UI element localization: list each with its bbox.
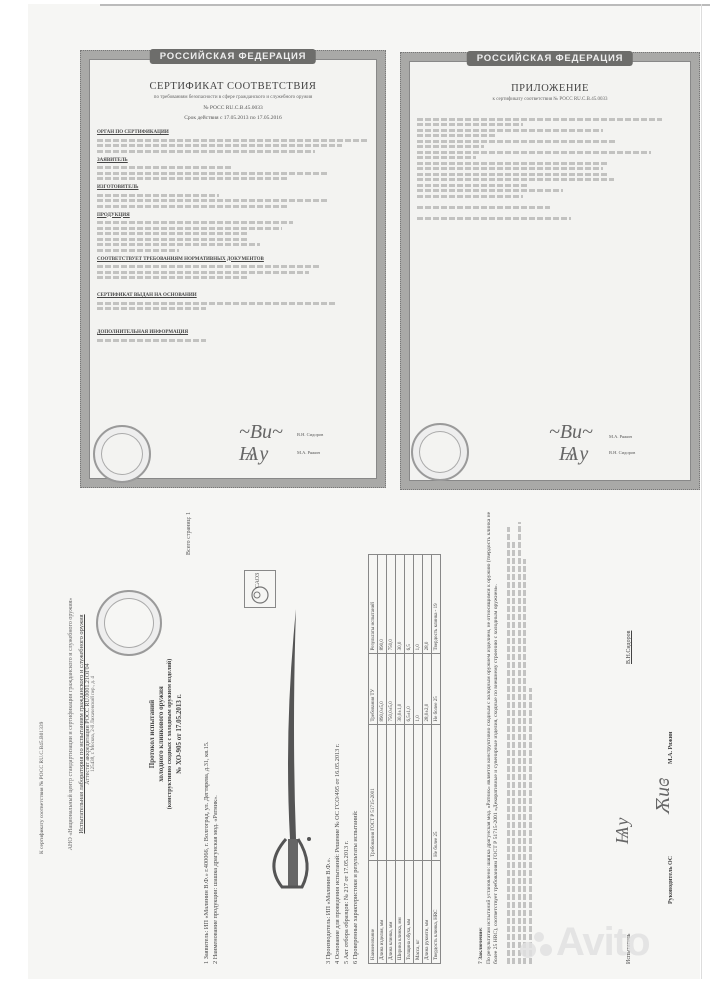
table-cell: 28,0 — [423, 555, 432, 654]
lab-name: Испытательная лаборатория по испытаниям … — [78, 514, 85, 934]
table-cell: 1,0 — [414, 555, 423, 654]
title-line: № ХО-905 от 17.05.2013 г. — [175, 604, 184, 864]
org-name: АНО «Национальный центр стандартизации и… — [68, 514, 74, 934]
section-heading: СООТВЕТСТВУЕТ ТРЕБОВАНИЯМ НОРМАТИВНЫХ ДО… — [97, 257, 369, 263]
certificate-subtitle: по требованиям безопасности в сфере граж… — [109, 95, 357, 101]
protocol-item: 3 Производитель: ИП «Малинин В.Ф.». — [324, 524, 333, 964]
signature-icon: ~Bu~ — [239, 421, 283, 444]
title-line: (конструктивно сходных с холодным оружие… — [166, 604, 175, 864]
certificate-of-conformity: РОССИЙСКАЯ ФЕДЕРАЦИЯ СЕРТИФИКАТ СООТВЕТС… — [80, 50, 386, 488]
table-row: Длина рукояти, мм28,0±2,028,0 — [423, 555, 432, 964]
table-cell: Твердость клинка - 19 — [432, 555, 441, 654]
protocol-item: 2 Наименование продукции: шашка драгунск… — [211, 524, 220, 964]
table-cell: 30,0 — [396, 555, 405, 654]
table-row: Масса, кг1,01,0 — [414, 555, 423, 964]
conclusion-text: По результатам испытаний установлено: ша… — [486, 504, 501, 964]
protocol-item: 4 Основание для проведения испытаний: Ре… — [333, 524, 342, 964]
protocol-items-2: 3 Производитель: ИП «Малинин В.Ф.». 4 Ос… — [324, 524, 360, 964]
table-cell: Твердость клинка, HRC — [432, 860, 441, 963]
signature-icon: Ѩу — [239, 443, 268, 466]
table-cell — [405, 725, 414, 860]
table-cell: 1,0 — [414, 654, 423, 725]
appendix-body — [409, 111, 691, 226]
logo-text: САОЗ — [255, 573, 261, 588]
section-heading: ИЗГОТОВИТЕЛЬ — [97, 185, 369, 191]
table-cell — [414, 725, 423, 860]
certificate-body: ОРГАН ПО СЕРТИФИКАЦИИ ЗАЯВИТЕЛЬ ИЗГОТОВИ… — [89, 121, 377, 348]
table-header: Результаты испытаний — [369, 555, 378, 654]
table-cell: 890,0±5,0 — [378, 654, 387, 725]
certificate-title: СЕРТИФИКАТ СООТВЕТСТВИЯ — [89, 81, 377, 92]
appendix-subtitle: к сертификату соответствия № РОСС RU.C.В… — [429, 97, 671, 103]
conclusion-title: 7 Заключение: — [478, 504, 486, 964]
table-cell: 750,0±5,0 — [387, 654, 396, 725]
table-cell: 890,0 — [378, 555, 387, 654]
signer-name: М.А. Ряжин — [297, 449, 320, 456]
certificate-appendix: РОССИЙСКАЯ ФЕДЕРАЦИЯ ПРИЛОЖЕНИЕ к сертиф… — [400, 52, 700, 490]
head-name: М.А. Ряжин — [668, 731, 674, 764]
section-heading: ЗАЯВИТЕЛЬ — [97, 158, 369, 164]
table-cell: Длина рукояти, мм — [423, 860, 432, 963]
table-cell: Не более 25 — [432, 725, 441, 860]
table-row: Толщина обуха, мм6,5±1,06,5 — [405, 555, 414, 964]
signer-name: М.А. Ряжин — [609, 433, 632, 440]
table-header: Требования ТУ — [369, 654, 378, 725]
signature-icon: ~Bu~ — [549, 421, 593, 444]
table-cell: Ширина клинка, мм — [396, 860, 405, 963]
protocol-item: 5 Акт отбора образцов: № 217 от 17.05.20… — [342, 524, 351, 964]
appendix-banner: РОССИЙСКАЯ ФЕДЕРАЦИЯ — [467, 51, 633, 66]
avito-watermark: Avito — [556, 920, 650, 965]
protocol-header: АНО «Национальный центр стандартизации и… — [44, 514, 96, 934]
head-label: Руководитель ОС — [668, 856, 674, 904]
section-heading: СЕРТИФИКАТ ВЫДАН НА ОСНОВАНИИ — [97, 293, 369, 299]
table-cell: Не более 25 — [432, 654, 441, 725]
table-cell: 28,0±2,0 — [423, 654, 432, 725]
scan-edge-right — [701, 4, 702, 979]
section-heading: ДОПОЛНИТЕЛЬНАЯ ИНФОРМАЦИЯ — [97, 330, 369, 336]
table-cell: Масса, кг — [414, 860, 423, 963]
section-heading: ПРОДУКЦИЯ — [97, 213, 369, 219]
table-cell — [396, 725, 405, 860]
signature-icon: Ѩy — [612, 818, 633, 844]
protocol-title: Протокол испытаний холодного клинкового … — [148, 604, 184, 864]
seal-stamp-icon — [93, 425, 151, 483]
seal-stamp-icon — [411, 423, 469, 481]
table-cell — [423, 725, 432, 860]
certificate-number: № РОСС RU.C.В.45.0033 — [89, 105, 377, 111]
table-row: Твердость клинка, HRCНе более 25Не более… — [432, 555, 441, 964]
page-count: Всего страниц: 1 — [186, 512, 192, 555]
tester-name: В.Н.Сидоров — [626, 631, 632, 664]
table-row: Длина изделия, мм890,0±5,0890,0 — [378, 555, 387, 964]
signature-icon: Ѫuɞ — [652, 778, 675, 814]
table-header: Требования ГОСТ Р 51715-2001 — [369, 725, 378, 860]
address: 125438, г. Москва, 2-й Лихачевский пер.,… — [91, 514, 96, 934]
protocol-items: 1 Заявитель: ИП «Малинин В.Ф.» г.400066,… — [202, 524, 220, 964]
conclusion: 7 Заключение: По результатам испытаний у… — [478, 504, 534, 964]
table-row: Ширина клинка, мм30,0±1,030,0 — [396, 555, 405, 964]
table-cell: Длина клинка, мм — [387, 860, 396, 963]
table-cell — [378, 725, 387, 860]
table-cell: 750,0 — [387, 555, 396, 654]
signer-name: В.Н. Сидоров — [297, 431, 323, 438]
test-protocol: К сертификату соответствия № РОСС RU.C.В… — [36, 498, 700, 974]
table-cell — [387, 725, 396, 860]
table-cell: 6,5±1,0 — [405, 654, 414, 725]
protocol-item: 6 Проверенные характеристики и результат… — [351, 524, 360, 964]
signature-icon: Ѩу — [559, 443, 588, 466]
table-cell: 6,5 — [405, 555, 414, 654]
table-cell: Толщина обуха, мм — [405, 860, 414, 963]
table-header: Наименование — [369, 860, 378, 963]
table-row: Длина клинка, мм750,0±5,0750,0 — [387, 555, 396, 964]
appendix-title: ПРИЛОЖЕНИЕ — [409, 83, 691, 94]
results-table: Наименование Требования ГОСТ Р 51715-200… — [368, 554, 441, 964]
protocol-item: 1 Заявитель: ИП «Малинин В.Ф.» г.400066,… — [202, 524, 211, 964]
section-heading: ОРГАН ПО СЕРТИФИКАЦИИ — [97, 130, 369, 136]
certificate-banner: РОССИЙСКАЯ ФЕДЕРАЦИЯ — [150, 49, 316, 64]
lab-logo-icon: САОЗ — [244, 570, 276, 608]
table-cell: 30,0±1,0 — [396, 654, 405, 725]
title-line: Протокол испытаний — [148, 604, 157, 864]
title-line: холодного клинкового оружия — [157, 604, 166, 864]
sabre-image-icon — [262, 599, 317, 899]
table-cell: Длина изделия, мм — [378, 860, 387, 963]
scan-edge — [100, 4, 710, 6]
signer-name: В.Н. Сидоров — [609, 449, 635, 456]
